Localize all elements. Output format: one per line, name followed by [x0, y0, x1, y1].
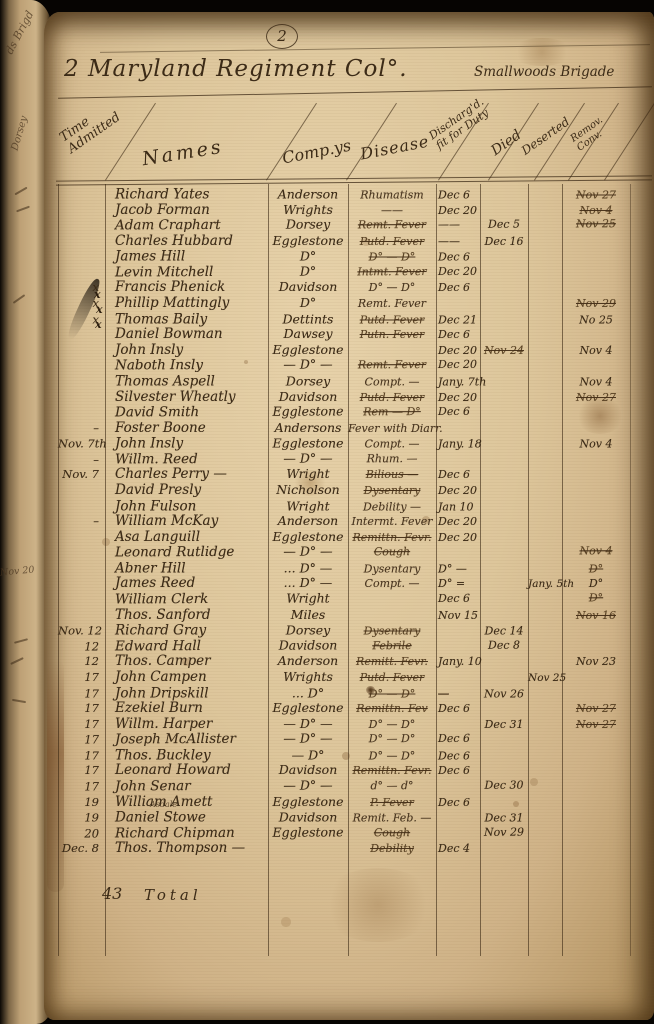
cell-company: — D° —	[268, 450, 348, 465]
cell-company: Miles	[268, 607, 348, 622]
stain	[320, 868, 436, 942]
previous-page-mark	[14, 638, 28, 644]
cell-discharged: Dec 20	[436, 265, 480, 278]
cell-removed: D°	[562, 591, 630, 604]
cell-name: Francis Phenick	[105, 279, 268, 295]
cell-name: Thomas Baily	[105, 311, 268, 327]
cell-company: D°	[268, 249, 348, 264]
table-row: David Presly Nicholson Dysentary Dec 20	[58, 482, 630, 498]
cell-disease: d° — d°	[348, 779, 436, 792]
total-value: 43	[102, 884, 122, 903]
cell-name: David Smith	[105, 404, 268, 421]
cell-disease: P. Fever	[348, 796, 436, 809]
cell-discharged: Dec 6	[436, 281, 480, 294]
cell-removed: Nov 4	[562, 544, 630, 557]
cell-company: — D°	[268, 747, 348, 762]
cell-died: Dec 8	[480, 638, 528, 651]
cell-discharged: Jany. 18	[436, 438, 480, 451]
cell-name: James Hill	[105, 249, 268, 265]
cell-company: — D° —	[268, 731, 348, 746]
cell-disease: D° — D°	[348, 251, 436, 264]
cell-name: James Reed	[105, 575, 268, 591]
cell-disease: Putn. Fever	[348, 328, 436, 341]
cell-disease: D° — D°	[348, 281, 436, 294]
cell-discharged: Jany. 10	[436, 655, 480, 668]
cell-discharged: Dec 20	[436, 515, 480, 528]
cell-name: Thomas Aspell	[105, 373, 268, 389]
table-row: x Francis Phenick Davidson D° — D° Dec 6	[58, 279, 630, 295]
cell-company: Dorsey	[268, 623, 348, 638]
cell-disease: Remittn. Fev	[348, 702, 436, 715]
cell-disease: Putd. Fever	[348, 313, 436, 326]
cell-company: Dawsey	[268, 326, 348, 341]
cell-discharged: Dec 6	[436, 189, 480, 202]
table-row: 17 John Senar — D° — d° — d° Dec 30	[58, 776, 630, 794]
cell-name: William Amett	[105, 794, 268, 810]
cell-disease: Rhumatism	[348, 189, 436, 202]
cell-admitted: 17	[58, 733, 105, 747]
cell-disease: Fever with Diarr.	[348, 422, 436, 435]
cell-disease: Compt. —	[348, 438, 436, 451]
cell-company: — D° —	[268, 716, 348, 731]
previous-page-fragment: Dorsey	[10, 115, 30, 152]
cell-company: Egglestone	[268, 794, 348, 809]
table-row: 17 Thos. Buckley — D° D° — D° Dec 6	[58, 747, 630, 763]
cell-name: Richard Yates	[105, 187, 268, 203]
cell-discharged: Dec 20	[436, 344, 480, 357]
table-row: Naboth Insly — D° — Remt. Fever Dec 20	[58, 356, 630, 374]
table-row: 19 William Amett Egglestone P. Fever Dec…	[58, 794, 630, 810]
table-row: – Willm. Reed — D° — Rhum. —	[58, 449, 630, 467]
cell-disease: D° — D°	[348, 732, 436, 745]
previous-page-mark	[13, 294, 26, 304]
table-row: 17 John Campen Wrights Putd. Fever Nov 2…	[58, 669, 630, 685]
cell-disease: ——	[348, 204, 436, 217]
cell-disease: Febrile	[348, 639, 436, 652]
cell-disease: Dysentary	[348, 625, 436, 638]
cell-admitted: Dec. 8	[58, 841, 105, 855]
stain	[510, 38, 574, 66]
cell-disease: Remit. Feb. —	[348, 812, 436, 825]
cell-discharged: Dec 20	[436, 531, 480, 544]
table-row: 17 John Dripskill ... D° D° — D° — Nov 2…	[58, 685, 630, 701]
cell-deserted: Nov 25	[528, 672, 562, 684]
cell-discharged: Dec 6	[436, 732, 480, 745]
cell-company: Davidson	[268, 762, 348, 777]
page-number: 2	[266, 24, 298, 49]
cell-admitted: x	[58, 296, 105, 310]
cell-discharged: ——	[436, 218, 480, 231]
cell-company: Egglestone	[268, 403, 348, 418]
cell-discharged: Dec 6	[436, 328, 480, 341]
cell-discharged: —	[436, 687, 480, 700]
table-row: 12 Edward Hall Davidson Febrile Dec 8	[58, 636, 630, 654]
cell-disease: Compt. —	[348, 375, 436, 388]
cell-name: Abner Hill	[105, 560, 268, 576]
cell-name: Leonard Howard	[105, 762, 268, 778]
table-row: Thomas Aspell Dorsey Compt. — Jany. 7th …	[58, 373, 630, 389]
cell-died: Dec 5	[480, 218, 528, 231]
cell-removed: Nov 27	[562, 702, 630, 715]
table-row: x Thomas Baily Dettints Putd. Fever Dec …	[58, 311, 630, 327]
table-row: Richard Yates Anderson Rhumatism Dec 6 N…	[58, 187, 630, 203]
cell-name: William Clerk	[105, 591, 268, 608]
cell-company: — D° —	[268, 357, 348, 372]
cell-discharged: Jany. 7th	[436, 375, 480, 388]
cell-died: Nov 29	[480, 825, 528, 838]
cell-company: — D° —	[268, 544, 348, 559]
cell-name: Naboth Insly	[105, 357, 268, 374]
cell-admitted: Nov. 7th	[58, 437, 105, 451]
cell-discharged: Dec 6	[436, 592, 480, 605]
cell-company: ... D° —	[268, 560, 348, 575]
cell-name: Daniel Stowe	[105, 810, 268, 826]
cell-company: Wright	[268, 498, 348, 513]
cell-admitted: 17	[58, 748, 105, 762]
cell-name: Leonard Rutlidge	[105, 544, 268, 561]
cell-removed: Nov 23	[562, 655, 630, 668]
cell-disease: Remitt. Fevr.	[348, 655, 436, 668]
cell-disease: Intmt. Fever	[348, 265, 436, 278]
cell-name: Charles Perry —	[105, 466, 268, 482]
cell-admitted: 17	[58, 763, 105, 777]
previous-page-mark	[10, 657, 24, 665]
cell-disease: Putd. Fever	[348, 391, 436, 404]
cell-discharged: Dec 20	[436, 391, 480, 404]
cell-company: Dettints	[268, 311, 348, 326]
cell-admitted: Nov. 7	[58, 467, 105, 481]
cell-name: John Campen	[105, 669, 268, 685]
cell-company: Dorsey	[268, 373, 348, 388]
cell-name: Silvester Wheatly	[105, 389, 268, 405]
cell-removed: Nov 29	[562, 297, 630, 310]
cell-admitted: 17	[58, 779, 105, 793]
cell-name: William McKay	[105, 513, 268, 529]
cell-company: Anderson	[268, 513, 348, 528]
cell-name: John Insly	[105, 436, 268, 452]
cell-name: John Dripskill	[105, 685, 268, 701]
cell-discharged: Dec 6	[436, 702, 480, 715]
cell-discharged: Dec 6	[436, 468, 480, 481]
cell-discharged: Nov 15	[436, 609, 480, 622]
table-row: William Clerk Wright Dec 6 D°	[58, 589, 630, 607]
cell-disease: Rem — D°	[348, 405, 436, 418]
cell-name: Daniel Bowman	[105, 326, 268, 342]
cell-discharged: Dec 6	[436, 796, 480, 809]
cell-admitted: 20	[58, 826, 105, 840]
cell-name: Charles Hubbard	[105, 233, 268, 249]
cell-discharged: D° =	[436, 577, 480, 590]
cell-disease: Dysentary	[348, 562, 436, 575]
cell-name: Thos. Buckley	[105, 747, 268, 763]
cell-admitted: 17	[58, 686, 105, 700]
table-row: Adam Craphart Dorsey Remt. Fever —— Dec …	[58, 215, 630, 233]
cell-died: Dec 16	[480, 235, 528, 248]
previous-page-mark	[14, 187, 27, 196]
cell-company: Egglestone	[268, 342, 348, 357]
cell-company: Wrights	[268, 669, 348, 684]
cell-admitted: 12	[58, 639, 105, 653]
cell-company: Wright	[268, 590, 348, 605]
cell-company: ... D°	[268, 685, 348, 700]
cell-disease: Intermt. Fever	[348, 515, 436, 528]
cell-company: — D° —	[268, 777, 348, 792]
cell-discharged: Dec 20	[436, 204, 480, 217]
cell-company: Egglestone	[268, 700, 348, 715]
cell-company: Davidson	[268, 637, 348, 652]
cell-name: Ezekiel Burn	[105, 700, 268, 716]
cell-discharged: Dec 6	[436, 749, 480, 762]
table-row: Abner Hill ... D° — Dysentary D° — D°	[58, 560, 630, 576]
previous-page-mark	[12, 699, 26, 703]
table-row: 12 Thos. Camper Anderson Remitt. Fevr. J…	[58, 653, 630, 669]
cell-company: ... D° —	[268, 575, 348, 590]
cell-company: Andersons	[268, 420, 348, 435]
table-row: Thos. Sanford Miles Nov 15 Nov 16	[58, 607, 630, 623]
cell-name: Thos. Camper	[105, 653, 268, 669]
cell-name: Richard Chipman	[105, 824, 268, 841]
cell-disease: Putd. Fever	[348, 671, 436, 684]
cell-name: John Fulson	[105, 498, 268, 514]
cell-name: Adam Craphart	[105, 217, 268, 234]
cell-discharged: Dec 21	[436, 313, 480, 326]
cell-disease: Dysentary	[348, 484, 436, 497]
cell-name: Foster Boone	[105, 420, 268, 436]
cell-removed: Nov 27	[562, 189, 630, 202]
cell-admitted: x	[58, 312, 105, 326]
table-row: x Phillip Mattingly D° Remt. Fever Nov 2…	[58, 295, 630, 311]
previous-page-fragment: Nov 20	[0, 565, 35, 579]
cell-disease: Putd. Fever	[348, 235, 436, 248]
cell-admitted: –	[58, 452, 105, 466]
cell-admitted: –	[58, 514, 105, 528]
table-row: John Fulson Wright Debility — Jan 10	[58, 498, 630, 514]
brigade-title: Smallwoods Brigade	[474, 64, 614, 80]
cell-removed: Nov 16	[562, 609, 630, 622]
table-row: 17 Joseph McAllister — D° — D° — D° Dec …	[58, 729, 630, 747]
cell-admitted: Nov. 12	[58, 624, 105, 638]
cell-company: Davidson	[268, 389, 348, 404]
cell-discharged: Dec 20	[436, 484, 480, 497]
cell-name: Jacob Forman	[105, 202, 268, 218]
cell-name: Phillip Mattingly	[105, 295, 268, 311]
cell-discharged: Dec 6	[436, 405, 480, 418]
cell-company: Egglestone	[268, 529, 348, 544]
table-row: Levin Mitchell D° Intmt. Fever Dec 20	[58, 262, 630, 280]
cell-name: Asa Languill	[105, 529, 268, 545]
cell-disease: Remittn. Fevr.	[348, 764, 436, 777]
cell-removed: Nov 25	[562, 217, 630, 230]
cell-name: David Presly	[105, 482, 268, 498]
cell-discharged: Dec 4	[436, 842, 480, 855]
cell-died: Dec 30	[480, 779, 528, 792]
table-row: 20 Richard Chipman Egglestone Cough Nov …	[58, 823, 630, 841]
table-row: Daniel Bowman Dawsey Putn. Fever Dec 6	[58, 326, 630, 342]
cell-disease: Debility —	[348, 500, 436, 513]
cell-discharged: Jan 10	[436, 500, 480, 513]
cell-admitted: –	[58, 421, 105, 435]
total-label: Total	[144, 886, 202, 904]
table-row: 17 Ezekiel Burn Egglestone Remittn. Fev …	[58, 700, 630, 716]
table-row: Charles Hubbard Egglestone Putd. Fever —…	[58, 233, 630, 249]
cell-admitted: x	[58, 280, 105, 294]
cell-name: Edward Hall	[105, 637, 268, 654]
cell-discharged: D° —	[436, 562, 480, 575]
cell-disease: Cough	[348, 826, 436, 839]
cell-company: Wrights	[268, 202, 348, 217]
ledger-page: 2 2 Maryland Regiment Col°. Smallwoods B…	[44, 12, 654, 1020]
ledger-rows: Richard Yates Anderson Rhumatism Dec 6 N…	[58, 186, 630, 856]
cell-company: D°	[268, 295, 348, 310]
cell-disease: Remt. Fever	[348, 218, 436, 231]
table-row: Nov. 7 Charles Perry — Wright Bilious — …	[58, 466, 630, 482]
column-line	[630, 184, 631, 956]
table-row: Dec. 8 Thos. Thompson — Debility Dec 4	[58, 840, 630, 856]
table-row: David Smith Egglestone Rem — D° Dec 6	[58, 402, 630, 420]
cell-disease: Compt. —	[348, 577, 436, 590]
table-row: Leonard Rutlidge — D° — Cough Nov 4	[58, 542, 630, 560]
cell-disease: Remittn. Fevr.	[348, 531, 436, 544]
regiment-title: 2 Maryland Regiment Col°.	[64, 56, 408, 82]
ledger-photo: ds Brigd Dorsey Nov 20	[0, 0, 654, 1024]
cell-admitted: 17	[58, 670, 105, 684]
cell-company: D°	[268, 263, 348, 278]
previous-page-fragment: ds Brigd	[3, 9, 37, 57]
previous-page-mark	[16, 206, 30, 213]
cell-name: Willm. Harper	[105, 716, 268, 732]
cell-company: Anderson	[268, 187, 348, 202]
cell-company: Nicholson	[268, 482, 348, 497]
cell-admitted: 17	[58, 701, 105, 715]
cell-name: Thos. Sanford	[105, 607, 268, 623]
cell-name: Levin Mitchell	[105, 264, 268, 281]
cell-company: Dorsey	[268, 217, 348, 232]
cell-removed: No 25	[562, 313, 630, 326]
cell-company: Egglestone	[268, 436, 348, 451]
cell-company: Davidson	[268, 810, 348, 825]
cell-company: Wright	[268, 466, 348, 481]
cell-discharged: Dec 20	[436, 358, 480, 371]
cell-disease: D° — D°	[348, 687, 436, 700]
cell-disease: Cough	[348, 545, 436, 558]
cell-discharged: ——	[436, 235, 480, 248]
cell-disease: Bilious —	[348, 468, 436, 481]
cell-name: John Insly	[105, 342, 268, 358]
cell-disease: Rhum. —	[348, 452, 436, 465]
table-row: – William McKay Anderson Intermt. Fever …	[58, 513, 630, 529]
cell-name: Richard Gray	[105, 623, 268, 639]
cell-disease: Remt. Fever	[348, 297, 436, 310]
cell-admitted: 19	[58, 811, 105, 825]
cell-company: Davidson	[268, 279, 348, 294]
cell-name: Willm. Reed	[105, 451, 268, 468]
cell-discharged: Dec 6	[436, 764, 480, 777]
cell-disease: D° — D°	[348, 749, 436, 762]
cell-disease: Debility	[348, 842, 436, 855]
cell-admitted: 19	[58, 795, 105, 809]
cell-admitted: 12	[58, 654, 105, 668]
cell-name: Thos. Thompson —	[105, 840, 268, 856]
cell-name: Joseph McAllister	[105, 731, 268, 748]
cell-company: Anderson	[268, 653, 348, 668]
table-row: – Foster Boone Andersons Fever with Diar…	[58, 420, 630, 436]
cell-company: Egglestone	[268, 233, 348, 248]
cell-removed: D°	[562, 562, 630, 575]
cell-removed: Nov 4	[562, 375, 630, 388]
cell-company: Egglestone	[268, 824, 348, 839]
cell-admitted: 17	[58, 717, 105, 731]
cell-died: Nov 26	[480, 687, 528, 700]
cell-disease: D° — D°	[348, 718, 436, 731]
cell-disease: Remt. Fever	[348, 358, 436, 371]
cell-name: John Senar	[105, 778, 268, 795]
